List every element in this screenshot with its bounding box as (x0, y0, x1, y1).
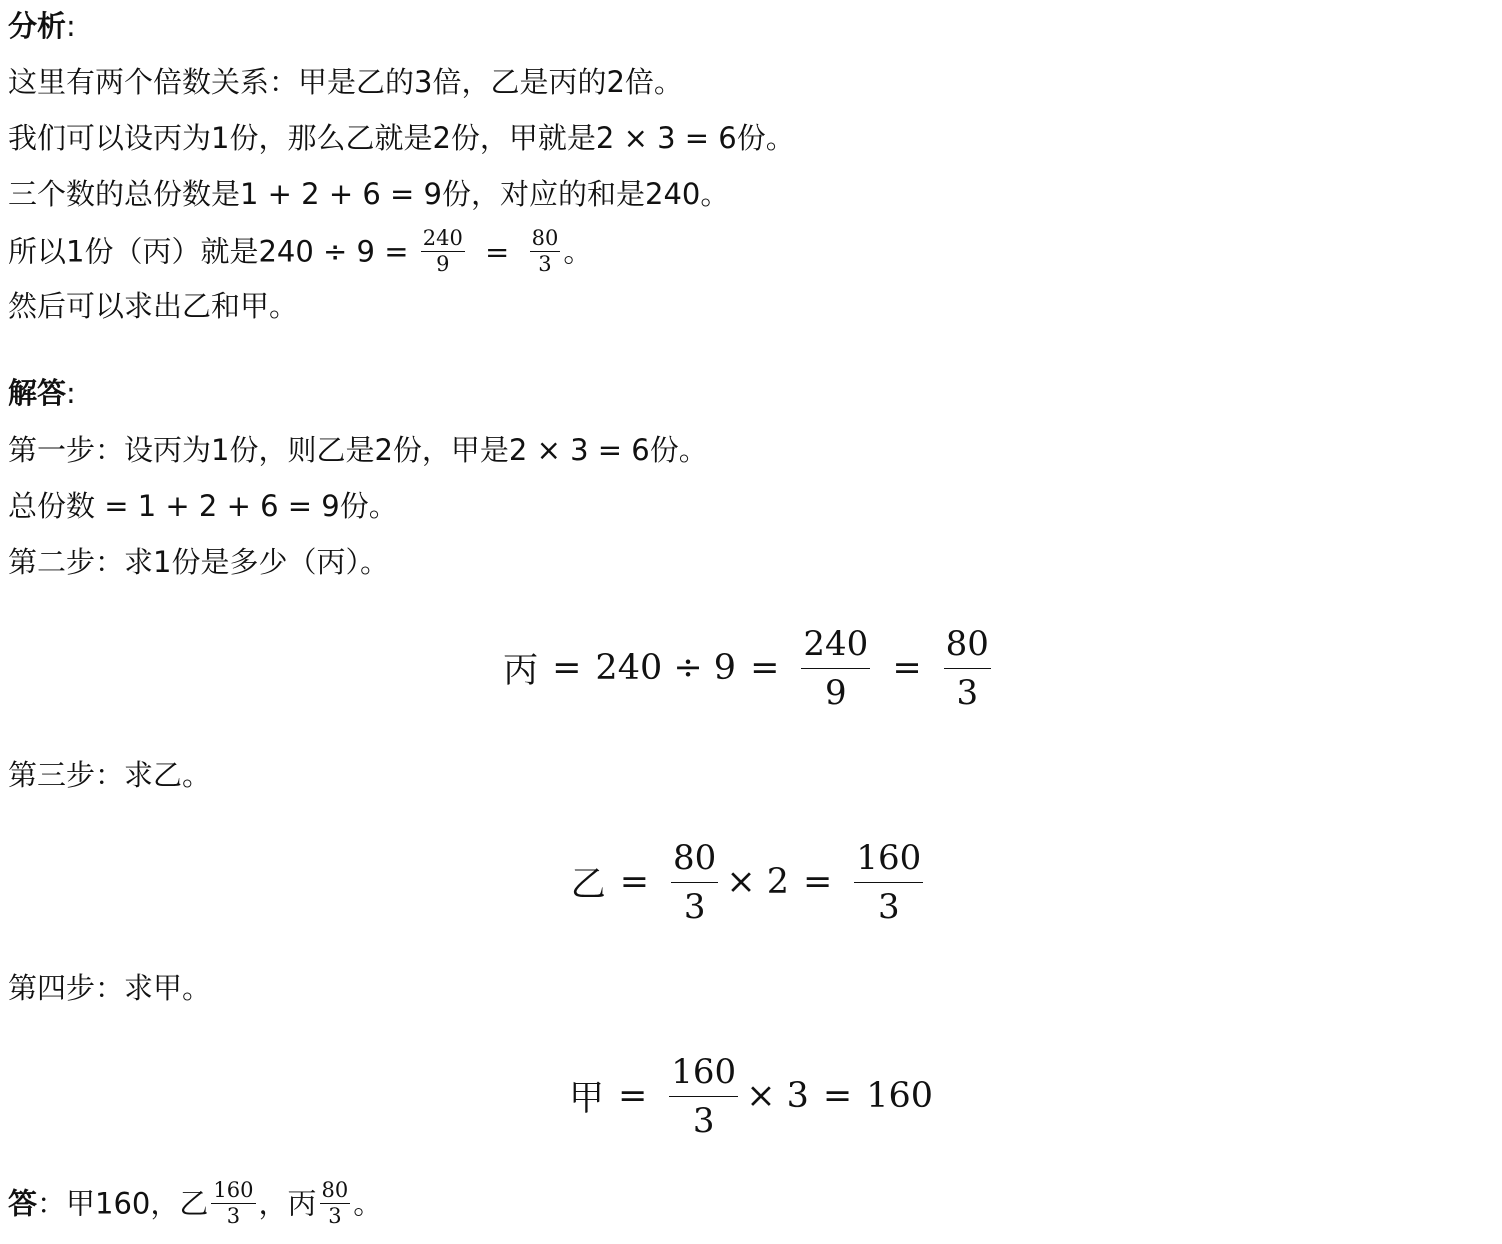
denominator: 3 (536, 254, 553, 275)
denominator: 3 (326, 1206, 343, 1227)
answer-yi-label: 乙 (179, 1187, 208, 1221)
period: 。 (563, 235, 592, 269)
fraction-bar (671, 882, 718, 883)
fraction-160-3: 160 3 (669, 1055, 738, 1138)
fraction-80-3: 80 3 (320, 1180, 351, 1227)
answer-separator: ， (259, 1187, 288, 1221)
analysis-heading-line: 分析: (8, 6, 76, 46)
solution-heading-colon: : (66, 376, 76, 410)
analysis-heading: 分析 (8, 9, 66, 43)
answer-bing-label: 丙 (288, 1187, 317, 1221)
eq-result: 160 (866, 1076, 933, 1116)
answer-label: 答 (8, 1187, 37, 1221)
eq-expression: 240 ÷ 9 (595, 648, 736, 688)
numerator: 160 (854, 841, 923, 875)
denominator: 9 (823, 676, 849, 710)
numerator: 80 (671, 841, 718, 875)
denominator: 9 (434, 254, 451, 275)
equals-sign: = (803, 862, 832, 902)
fraction-bar (944, 668, 991, 669)
analysis-line-1: 这里有两个倍数关系：甲是乙的3倍，乙是丙的2倍。 (8, 62, 683, 102)
fraction-240-9: 240 9 (801, 627, 870, 710)
analysis-heading-colon: : (66, 9, 76, 43)
numerator: 160 (669, 1055, 738, 1089)
equals-sign: = (618, 1076, 647, 1116)
numerator: 240 (421, 228, 465, 249)
analysis-line-2: 我们可以设丙为1份，那么乙就是2份，甲就是2 × 3 = 6份。 (8, 118, 795, 158)
eq-lhs: 甲 (569, 1071, 604, 1121)
numerator: 80 (944, 627, 991, 661)
eq-lhs: 乙 (571, 857, 606, 907)
denominator: 3 (876, 890, 902, 924)
fraction-bar (801, 668, 870, 669)
analysis-line-3: 三个数的总份数是1 + 2 + 6 = 9份，对应的和是240。 (8, 174, 729, 214)
times-expression: × 3 (746, 1076, 809, 1116)
solution-step-1: 第一步：设丙为1份，则乙是2份，甲是2 × 3 = 6份。 (8, 430, 708, 470)
denominator: 3 (691, 1104, 717, 1138)
solution-step-4: 第四步：求甲。 (8, 968, 211, 1008)
equation-yi: 乙 = 80 3 × 2 = 160 3 (0, 832, 1502, 932)
equals-sign: = (750, 648, 779, 688)
fraction-240-9: 240 9 (421, 228, 465, 275)
solution-total-parts: 总份数 = 1 + 2 + 6 = 9份。 (8, 486, 398, 526)
equals-sign: = (823, 1076, 852, 1116)
analysis-line-5: 然后可以求出乙和甲。 (8, 286, 298, 326)
equals-sign: = (485, 235, 509, 269)
denominator: 3 (225, 1206, 242, 1227)
numerator: 160 (211, 1180, 255, 1201)
numerator: 80 (530, 228, 561, 249)
equation-bing: 丙 = 240 ÷ 9 = 240 9 = 80 3 (0, 618, 1502, 718)
denominator: 3 (954, 676, 980, 710)
eq-lhs: 丙 (503, 643, 538, 693)
fraction-bar (669, 1096, 738, 1097)
equals-sign: = (892, 648, 921, 688)
numerator: 80 (320, 1180, 351, 1201)
fraction-80-3: 80 3 (944, 627, 991, 710)
equals-sign: = (620, 862, 649, 902)
solution-step-3: 第三步：求乙。 (8, 755, 211, 795)
analysis-line-4: 所以1份（丙）就是240 ÷ 9 = 240 9 = 80 3 。 (8, 230, 592, 277)
answer-jia: 甲160， (66, 1187, 179, 1221)
fraction-bar (854, 882, 923, 883)
analysis-line-4-prefix: 所以1份（丙）就是240 ÷ 9 = (8, 235, 418, 269)
equals-sign: = (552, 648, 581, 688)
numerator: 240 (801, 627, 870, 661)
answer-colon: ： (37, 1187, 66, 1221)
equation-jia: 甲 = 160 3 × 3 = 160 (0, 1046, 1502, 1146)
denominator: 3 (682, 890, 708, 924)
answer-line: 答：甲160，乙 160 3 ，丙 80 3 。 (8, 1182, 382, 1229)
solution-heading: 解答 (8, 376, 66, 410)
fraction-80-3: 80 3 (671, 841, 718, 924)
fraction-80-3: 80 3 (530, 228, 561, 275)
solution-heading-line: 解答: (8, 373, 76, 413)
period: 。 (353, 1187, 382, 1221)
solution-step-2: 第二步：求1份是多少（丙）。 (8, 542, 389, 582)
fraction-160-3: 160 3 (211, 1180, 255, 1227)
times-expression: × 2 (726, 862, 789, 902)
fraction-160-3: 160 3 (854, 841, 923, 924)
